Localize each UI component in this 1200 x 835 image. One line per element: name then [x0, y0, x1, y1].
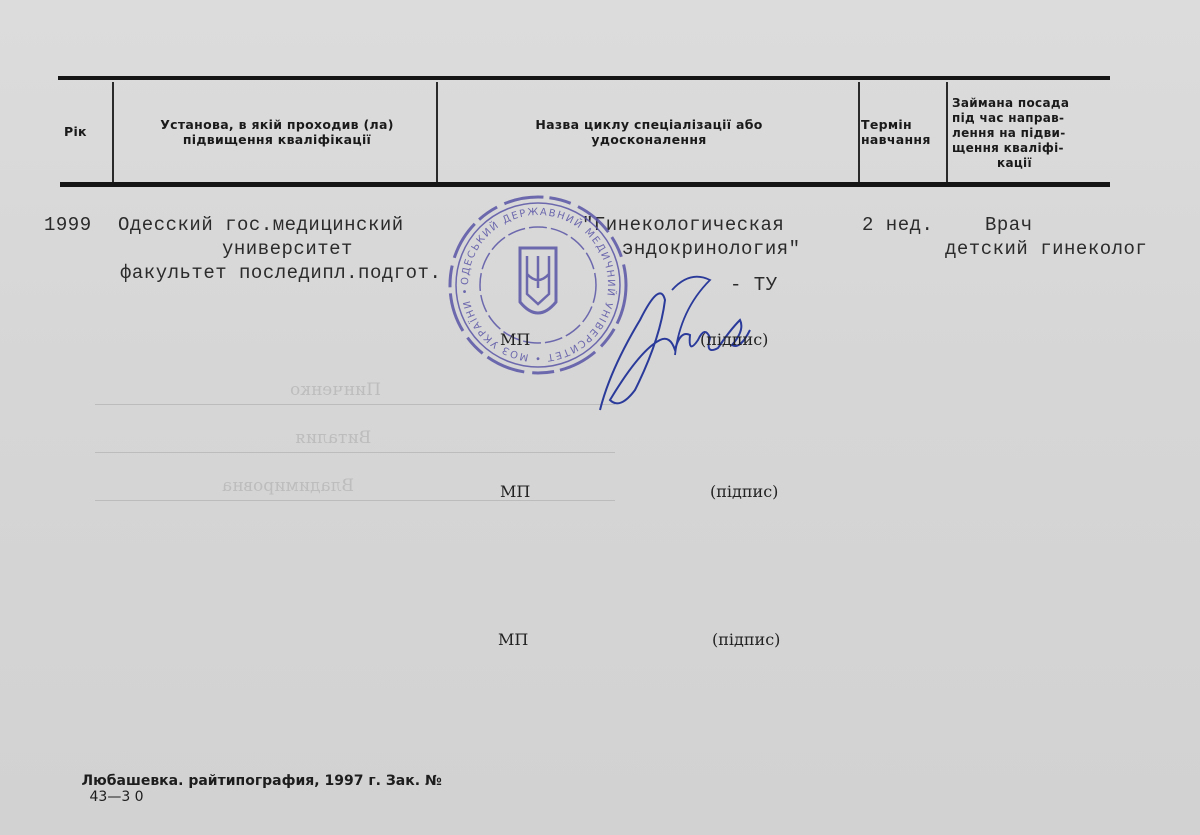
signature-label-1: (підпис): [700, 330, 768, 349]
table-top-rule: [58, 76, 1110, 80]
header-position: Займана посада під час направ- лення на …: [952, 96, 1102, 171]
mp-label-1: МП: [500, 330, 530, 349]
order-number: 43—3 0: [90, 789, 144, 805]
row-institution-line3: факультет последипл.подгот.: [120, 262, 441, 284]
ghost-line-2: [95, 452, 615, 453]
row-institution-line2: университет: [222, 238, 353, 260]
mp-label-2: МП: [500, 482, 530, 501]
ghost-name: Виталия: [295, 428, 371, 448]
header-duration-line1: Термін: [861, 117, 947, 132]
ghost-surname: Пинченко: [290, 380, 381, 400]
ghost-patronymic: Владимировна: [222, 476, 354, 496]
row-institution-line1: Одесский гос.медицинский: [118, 214, 404, 236]
header-position-line4: щення кваліфі-: [952, 141, 1102, 156]
header-institution: Установа, в якій проходив (ла) підвищенн…: [118, 117, 436, 147]
header-duration-line2: навчання: [861, 132, 947, 147]
document-page: Рік Установа, в якій проходив (ла) підви…: [0, 0, 1200, 835]
col-divider-1: [112, 82, 114, 182]
header-year-text: Рік: [64, 124, 87, 139]
table-header-bottom-rule: [60, 182, 1110, 187]
ghost-line-1: [95, 404, 615, 405]
col-divider-2: [436, 82, 438, 182]
header-institution-line1: Установа, в якій проходив (ла): [118, 117, 436, 132]
printer-imprint: Любашевка. райтипография, 1997 г. Зак. №…: [62, 757, 442, 821]
header-position-line3: лення на підви-: [952, 126, 1102, 141]
header-institution-line2: підвищення кваліфікації: [118, 132, 436, 147]
row-duration: 2 нед.: [862, 214, 933, 236]
signature-label-2: (підпис): [710, 482, 778, 501]
header-cycle: Назва циклу спеціалізації або удосконале…: [440, 117, 858, 147]
row-year: 1999: [44, 214, 92, 236]
ghost-line-3: [95, 500, 615, 501]
header-position-line2: під час направ-: [952, 111, 1102, 126]
col-divider-3: [858, 82, 860, 182]
row-position-line1: Врач: [985, 214, 1033, 236]
header-year: Рік: [64, 124, 87, 139]
row-cycle-line2: эндокринология": [622, 238, 801, 260]
imprint-text: Любашевка. райтипография, 1997 г. Зак. №: [82, 773, 442, 789]
header-cycle-line1: Назва циклу спеціалізації або: [440, 117, 858, 132]
header-cycle-line2: удосконалення: [440, 132, 858, 147]
row-position-line2: детский гинеколог: [945, 238, 1147, 260]
signature-label-3: (підпис): [712, 630, 780, 649]
header-duration: Термін навчання: [861, 117, 947, 147]
mp-label-3: МП: [498, 630, 528, 649]
header-position-line1: Займана посада: [952, 96, 1102, 111]
header-position-line5: кації: [952, 156, 1102, 171]
